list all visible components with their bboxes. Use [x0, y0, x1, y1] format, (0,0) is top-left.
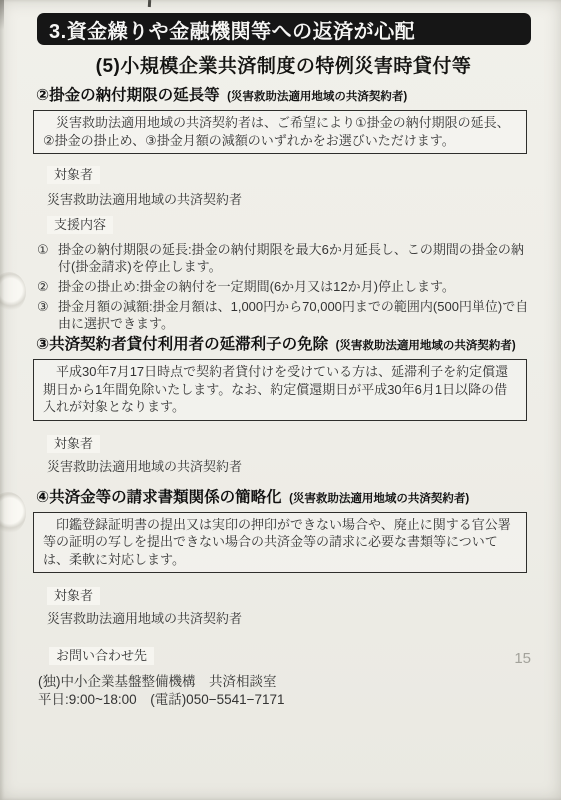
support-block: 支援内容 ① 掛金の納付期限の延長:掛金の納付期限を最大6か月延長し、この期間の… — [36, 208, 531, 332]
scan-edge-smudge — [0, 0, 4, 30]
support-item: ① 掛金の納付期限の延長:掛金の納付期限を最大6か月延長し、この期間の掛金の納付… — [37, 241, 531, 275]
support-item: ③ 掛金月額の減額:掛金月額は、1,000円から70,000円までの範囲内(50… — [37, 298, 531, 332]
section-title: ④共済金等の請求書類関係の簡略化 — [36, 489, 282, 506]
target-block: 対象者 災害救助法適用地域の共済契約者 — [36, 154, 531, 208]
contact-organization: (独)中小企業基盤整備機構 共済相談室 — [38, 673, 531, 691]
item-text: 掛金月額の減額:掛金月額は、1,000円から70,000円までの範囲内(500円… — [58, 299, 528, 331]
section-note: (災害救助法適用地域の共済契約者) — [289, 493, 469, 505]
item-marker: ③ — [37, 298, 49, 315]
target-label: 対象者 — [47, 587, 100, 605]
item-marker: ① — [37, 241, 49, 258]
item-text: 掛金の掛止め:掛金の納付を一定期間(6か月又は12か月)停止します。 — [58, 279, 455, 294]
scan-tick-mark — [148, 0, 151, 7]
section-title: ②掛金の納付期限の延長等 — [36, 87, 220, 104]
support-item: ② 掛金の掛止め:掛金の納付を一定期間(6か月又は12か月)停止します。 — [37, 278, 531, 295]
item-marker: ② — [37, 278, 49, 295]
target-value: 災害救助法適用地域の共済契約者 — [47, 611, 531, 627]
contact-label: お問い合わせ先 — [49, 647, 154, 665]
section-note: (災害救助法適用地域の共済契約者) — [227, 91, 407, 103]
scanned-document-page: 3.資金繰りや金融機関等への返済が心配 (5)小規模企業共済制度の特例災害時貸付… — [0, 0, 561, 800]
page-subtitle: (5)小規模企業共済制度の特例災害時貸付等 — [36, 51, 531, 78]
target-block: 対象者 災害救助法適用地域の共済契約者 — [36, 573, 531, 627]
summary-box: 印鑑登録証明書の提出又は実印の押印ができない場合や、廃止に関する官公署等の証明の… — [33, 512, 527, 574]
support-list: ① 掛金の納付期限の延長:掛金の納付期限を最大6か月延長し、この期間の掛金の納付… — [37, 241, 531, 332]
section-heading-3: ③共済契約者貸付利用者の延滞利子の免除 (災害救助法適用地域の共済契約者) — [36, 336, 531, 355]
summary-box-text: 災害救助法適用地域の共済契約者は、ご希望により①掛金の納付期限の延長、②掛金の掛… — [43, 114, 517, 149]
section-title: ③共済契約者貸付利用者の延滞利子の免除 — [36, 336, 328, 353]
chapter-banner: 3.資金繰りや金融機関等への返済が心配 — [37, 13, 531, 45]
support-label: 支援内容 — [47, 216, 113, 234]
target-label: 対象者 — [47, 166, 100, 184]
item-text: 掛金の納付期限の延長:掛金の納付期限を最大6か月延長し、この期間の掛金の納付(掛… — [58, 242, 524, 274]
section-note: (災害救助法適用地域の共済契約者) — [336, 340, 516, 352]
summary-box: 平成30年7月17日時点で契約者貸付けを受けている方は、延滞利子を約定償還期日か… — [33, 359, 527, 421]
section-heading-4: ④共済金等の請求書類関係の簡略化 (災害救助法適用地域の共済契約者) — [36, 489, 531, 508]
target-value: 災害救助法適用地域の共済契約者 — [47, 459, 531, 475]
page-number: 15 — [514, 650, 531, 667]
document-content: 3.資金繰りや金融機関等への返済が心配 (5)小規模企業共済制度の特例災害時貸付… — [0, 13, 561, 709]
summary-box-text: 印鑑登録証明書の提出又は実印の押印ができない場合や、廃止に関する官公署等の証明の… — [43, 516, 517, 569]
target-value: 災害救助法適用地域の共済契約者 — [47, 192, 531, 208]
target-block: 対象者 災害救助法適用地域の共済契約者 — [36, 421, 531, 475]
summary-box: 災害救助法適用地域の共済契約者は、ご希望により①掛金の納付期限の延長、②掛金の掛… — [33, 110, 527, 154]
summary-box-text: 平成30年7月17日時点で契約者貸付けを受けている方は、延滞利子を約定償還期日か… — [43, 363, 517, 416]
section-heading-2: ②掛金の納付期限の延長等 (災害救助法適用地域の共済契約者) — [36, 87, 531, 106]
contact-hours-phone: 平日:9:00~18:00 (電話)050−5541−7171 — [38, 691, 531, 709]
chapter-banner-title: 3.資金繰りや金融機関等への返済が心配 — [49, 15, 415, 44]
contact-block: お問い合わせ先 (独)中小企業基盤整備機構 共済相談室 平日:9:00~18:0… — [36, 627, 531, 709]
target-label: 対象者 — [47, 435, 100, 453]
